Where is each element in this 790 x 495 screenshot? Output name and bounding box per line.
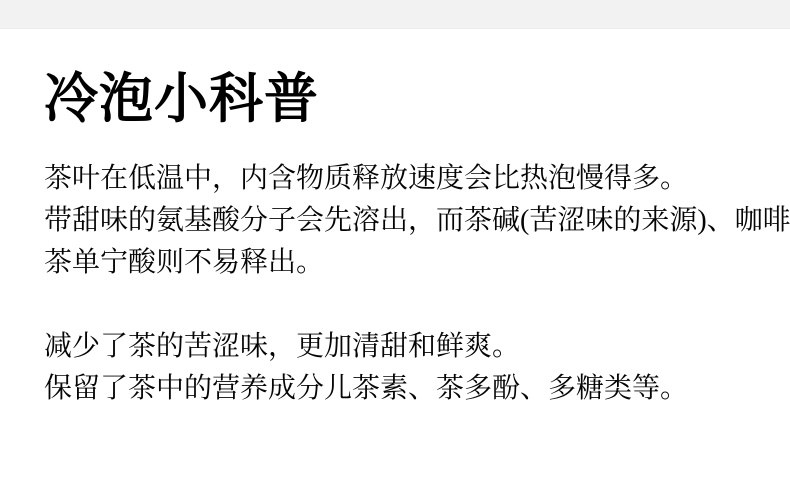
paragraph-line: 保留了茶中的营养成分儿茶素、茶多酚、多糖类等。 xyxy=(44,368,764,410)
paragraph-benefits: 减少了茶的苦涩味，更加清甜和鲜爽。 保留了茶中的营养成分儿茶素、茶多酚、多糖类等… xyxy=(44,326,764,410)
paragraph-brewing-speed: 茶叶在低温中，内含物质释放速度会比热泡慢得多。 带甜味的氨基酸分子会先溶出，而茶… xyxy=(44,158,764,284)
paragraph-line: 减少了茶的苦涩味，更加清甜和鲜爽。 xyxy=(44,326,764,368)
article-content: 冷泡小科普 茶叶在低温中，内含物质释放速度会比热泡慢得多。 带甜味的氨基酸分子会… xyxy=(44,28,764,410)
top-gray-strip xyxy=(0,0,790,29)
paragraph-line: 茶单宁酸则不易释出。 xyxy=(44,242,764,284)
paragraph-line: 带甜味的氨基酸分子会先溶出，而茶碱(苦涩味的来源)、咖啡因、 xyxy=(44,200,764,242)
paragraph-line: 茶叶在低温中，内含物质释放速度会比热泡慢得多。 xyxy=(44,158,764,200)
product-info-image: { "page": { "background_color": "#ffffff… xyxy=(0,0,790,495)
page-title: 冷泡小科普 xyxy=(44,66,764,134)
